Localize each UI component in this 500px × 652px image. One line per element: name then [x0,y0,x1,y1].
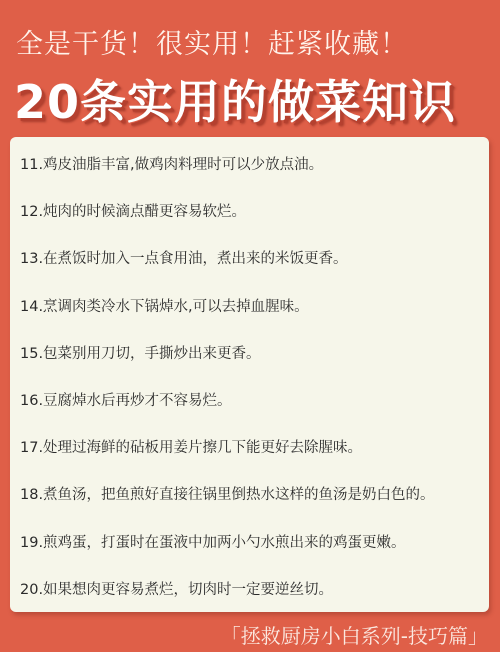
tip-item-12: 12.炖肉的时候滴点醋更容易软烂。 [20,202,485,249]
subtitle-banner: 全是干货！很实用！赶紧收藏！ [16,22,486,61]
tip-item-19: 19.煎鸡蛋，打蛋时在蛋液中加两小勺水煎出来的鸡蛋更嫩。 [20,533,485,580]
tip-item-11: 11.鸡皮油脂丰富,做鸡肉料理时可以少放点油。 [20,155,485,202]
tip-item-16: 16.豆腐焯水后再炒才不容易烂。 [20,391,485,438]
tip-item-18: 18.煮鱼汤，把鱼煎好直接往锅里倒热水这样的鱼汤是奶白色的。 [20,485,485,532]
tip-item-13: 13.在煮饭时加入一点食用油，煮出来的米饭更香。 [20,249,485,296]
tip-item-17: 17.处理过海鲜的砧板用姜片擦几下能更好去除腥味。 [20,438,485,485]
series-label: 「拯救厨房小白系列-技巧篇」 [221,620,488,649]
tips-list: 11.鸡皮油脂丰富,做鸡肉料理时可以少放点油。 12.炖肉的时候滴点醋更容易软烂… [20,155,485,627]
tip-item-14: 14.烹调肉类冷水下锅焯水,可以去掉血腥味。 [20,297,485,344]
tip-item-15: 15.包菜别用刀切，手撕炒出来更香。 [20,344,485,391]
tips-card: 11.鸡皮油脂丰富,做鸡肉料理时可以少放点油。 12.炖肉的时候滴点醋更容易软烂… [10,137,489,612]
page-title: 20条实用的做菜知识 [14,66,494,132]
